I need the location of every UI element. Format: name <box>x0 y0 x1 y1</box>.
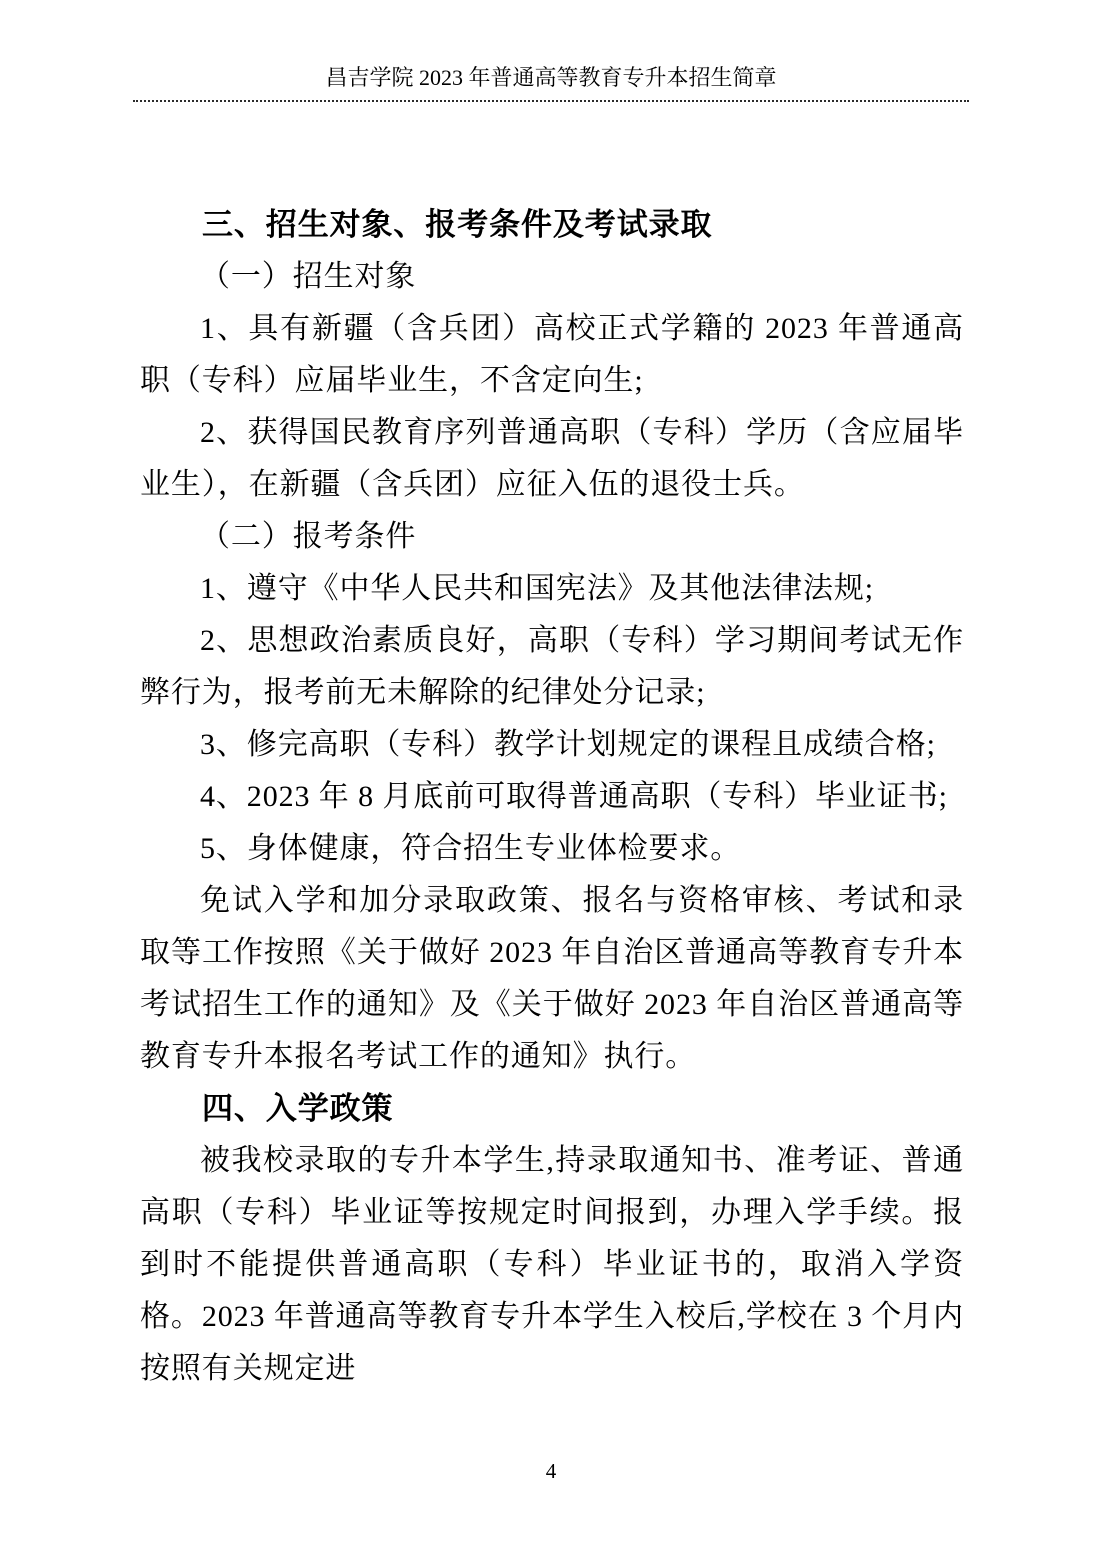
header-title: 昌吉学院 2023 年普通高等教育专升本招生简章 <box>325 65 776 90</box>
paragraph: 被我校录取的专升本学生,持录取通知书、准考证、普通高职（专科）毕业证等按规定时间… <box>140 1135 964 1395</box>
document-page: 昌吉学院 2023 年普通高等教育专升本招生简章 三、招生对象、报考条件及考试录… <box>0 0 1102 1559</box>
page-number: 4 <box>546 1459 557 1483</box>
section-heading: 四、入学政策 <box>140 1083 964 1135</box>
section-heading: 三、招生对象、报考条件及考试录取 <box>140 199 964 251</box>
paragraph: 2、获得国民教育序列普通高职（专科）学历（含应届毕业生），在新疆（含兵团）应征入… <box>140 407 964 511</box>
paragraph: 3、修完高职（专科）教学计划规定的课程且成绩合格; <box>140 719 964 771</box>
page-header: 昌吉学院 2023 年普通高等教育专升本招生简章 <box>133 64 969 102</box>
page-footer: 4 <box>0 1458 1102 1484</box>
paragraph: 2、思想政治素质良好，高职（专科）学习期间考试无作弊行为，报考前无未解除的纪律处… <box>140 615 964 719</box>
paragraph: 1、具有新疆（含兵团）高校正式学籍的 2023 年普通高职（专科）应届毕业生，不… <box>140 303 964 407</box>
sub-heading: （二）报考条件 <box>140 511 964 563</box>
paragraph: 5、身体健康，符合招生专业体检要求。 <box>140 823 964 875</box>
paragraph: 免试入学和加分录取政策、报名与资格审核、考试和录取等工作按照《关于做好 2023… <box>140 875 964 1083</box>
document-body: 三、招生对象、报考条件及考试录取 （一）招生对象 1、具有新疆（含兵团）高校正式… <box>140 199 964 1395</box>
sub-heading: （一）招生对象 <box>140 251 964 303</box>
paragraph: 4、2023 年 8 月底前可取得普通高职（专科）毕业证书; <box>140 771 964 823</box>
paragraph: 1、遵守《中华人民共和国宪法》及其他法律法规; <box>140 563 964 615</box>
